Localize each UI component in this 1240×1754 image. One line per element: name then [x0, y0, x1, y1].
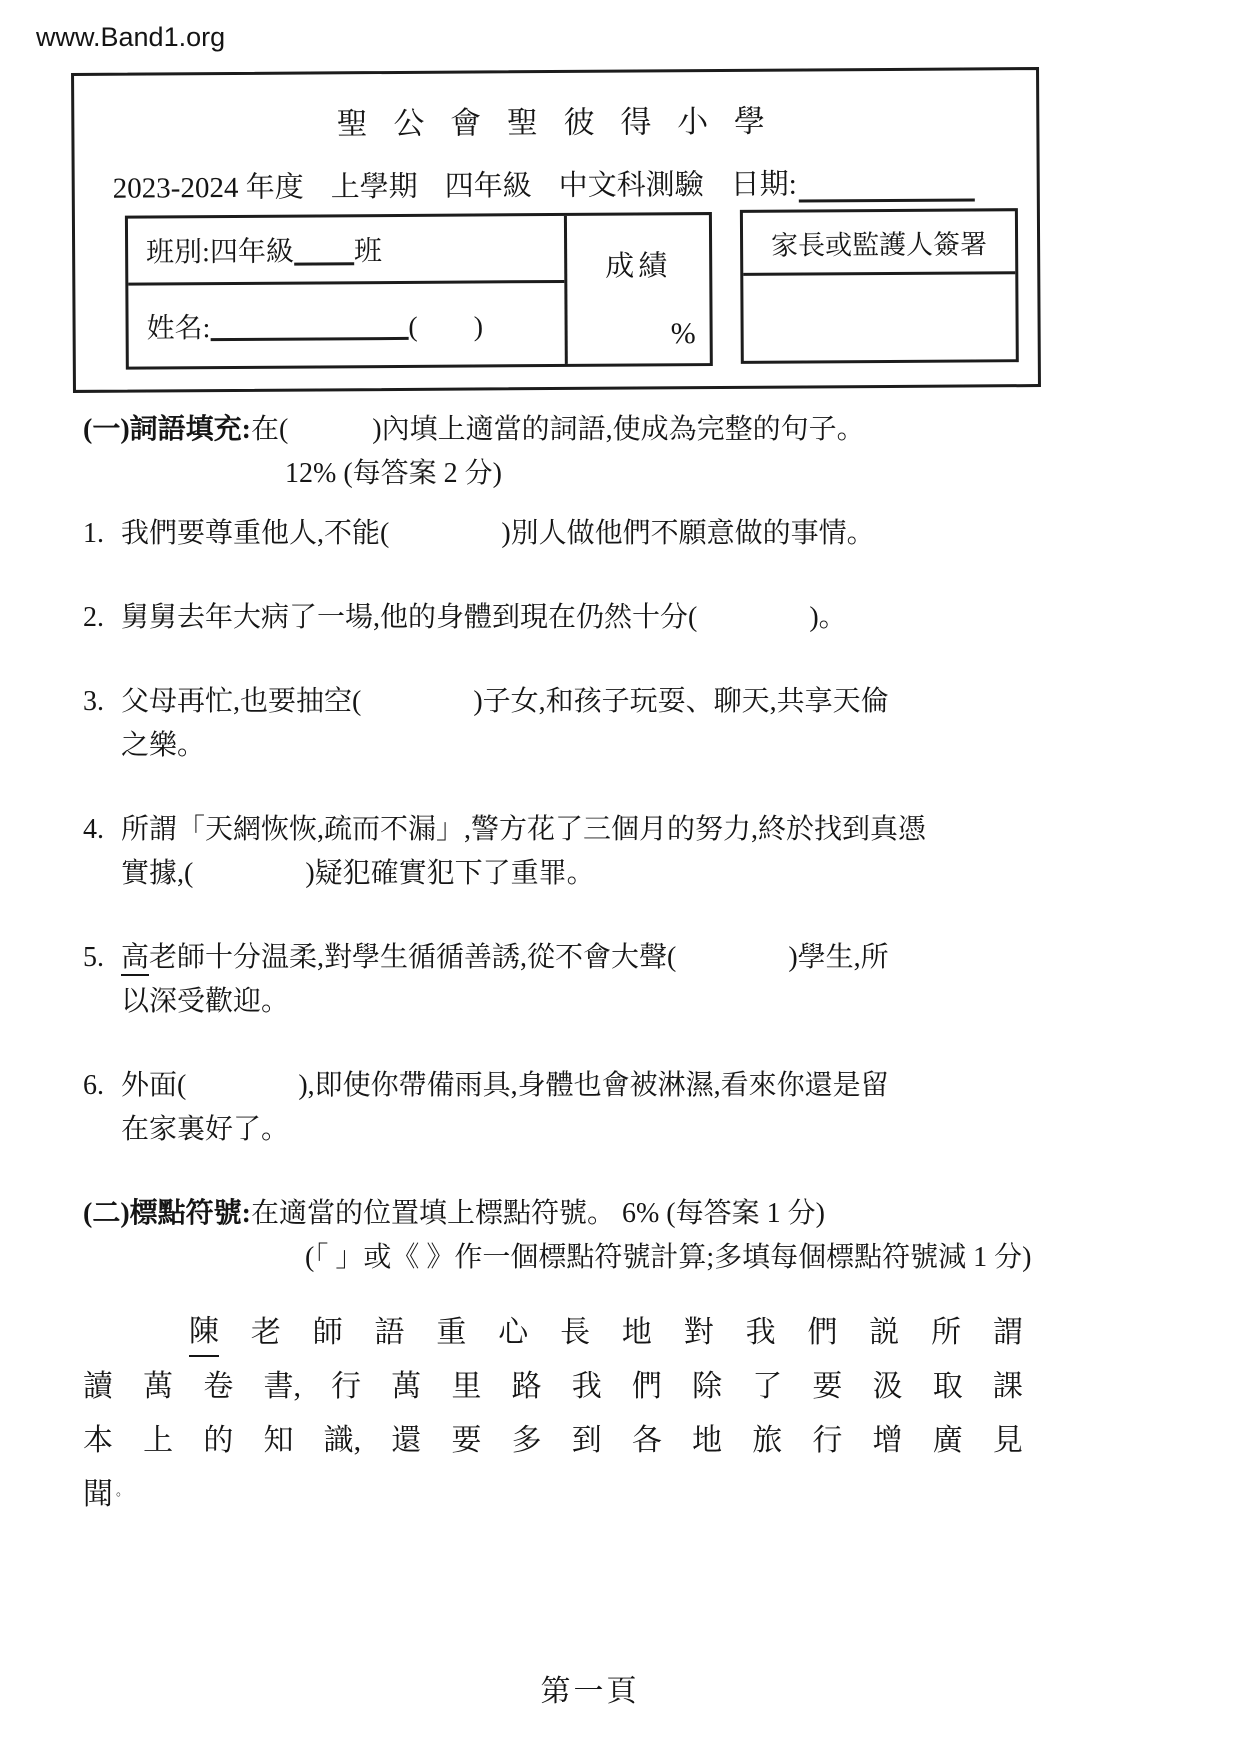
class-name-score-box: 班別:四年級 班 姓名: ( ) 成績 % — [125, 212, 713, 370]
passage-character: 知 — [263, 1419, 293, 1463]
passage-character: 行 — [331, 1365, 361, 1409]
passage-character: 重 — [436, 1311, 466, 1355]
question: 5.高老師十分温柔,對學生循循善誘,從不會大聲( )學生,所以深受歡迎。 — [83, 936, 1035, 1024]
name-row: 姓名: ( ) — [128, 283, 564, 367]
small-punctuation-mark: 。 — [116, 1469, 129, 1522]
passage-character: 心 — [498, 1311, 528, 1355]
question-line: 高老師十分温柔,對學生循循善誘,從不會大聲( )學生,所 — [121, 936, 1035, 980]
percent-sign: % — [671, 317, 696, 351]
question-number: 6. — [83, 1064, 121, 1152]
question-body: 我們要尊重他人,不能( )別人做他們不願意做的事情。 — [121, 512, 1035, 556]
passage-character: 行 — [812, 1419, 842, 1463]
passage-character: 所 — [931, 1311, 961, 1355]
passage-character: 取 — [933, 1365, 963, 1409]
question-number: 2. — [83, 596, 121, 640]
score-label: 成績 — [567, 243, 709, 285]
page-number: 第一頁 — [0, 1666, 1180, 1710]
class-blank-line — [294, 234, 354, 265]
question: 3.父母再忙,也要抽空( )子女,和孩子玩耍、聊天,共享天倫之樂。 — [83, 680, 1035, 768]
passage-character: 多 — [512, 1419, 542, 1463]
name-label: 姓名: — [146, 306, 210, 346]
class-name-column: 班別:四年級 班 姓名: ( ) — [128, 216, 568, 367]
passage-character: 老 — [251, 1311, 281, 1355]
section1-score-note: 12% (每答案 2 分) — [285, 452, 1035, 496]
passage-character: 我 — [746, 1311, 776, 1355]
passage-character: 謂 — [993, 1311, 1023, 1355]
guardian-signature-box: 家長或監護人簽署 — [740, 208, 1019, 364]
question-line: 父母再忙,也要抽空( )子女,和孩子玩耍、聊天,共享天倫 — [121, 680, 1035, 724]
question-line: 以深受歡迎。 — [121, 980, 1035, 1024]
question-body: 舅舅去年大病了一場,他的身體到現在仍然十分( )。 — [121, 596, 1035, 640]
passage-character: 課 — [993, 1365, 1023, 1409]
passage-character: 對 — [684, 1311, 714, 1355]
passage-character: 語 — [375, 1311, 405, 1355]
guardian-label: 家長或監護人簽署 — [743, 211, 1015, 276]
passage-line: 聞。 — [83, 1468, 1023, 1522]
question-line: 在家裏好了。 — [121, 1108, 1035, 1152]
question-number: 1. — [83, 512, 121, 556]
section2-note: (「 」或《 》作一個標點符號計算;多填每個標點符號減 1 分) — [305, 1236, 1035, 1280]
passage-character: 里 — [451, 1365, 481, 1409]
passage-character: 的 — [203, 1419, 233, 1463]
question-list: 1.我們要尊重他人,不能( )別人做他們不願意做的事情。2.舅舅去年大病了一場,… — [83, 512, 1035, 1152]
question-line: 我們要尊重他人,不能( )別人做他們不願意做的事情。 — [121, 512, 1035, 556]
passage-character: 師 — [313, 1311, 343, 1355]
header-box: 聖 公 會 聖 彼 得 小 學 2023-2024 年度 上學期 四年級 中文科… — [71, 67, 1041, 393]
passage-character: 要 — [451, 1419, 481, 1463]
punctuation-passage: 陳老師語重心長地對我們説所謂讀萬卷書,行萬里路我們除了要汲取課本上的知識,還要多… — [83, 1306, 1023, 1522]
question-line: 實據,( )疑犯確實犯下了重罪。 — [121, 852, 1035, 896]
exam-grade: 四年級 — [445, 163, 532, 205]
exam-content: (一)詞語填充:在( )內填上適當的詞語,使成為完整的句子。 12% (每答案 … — [83, 408, 1035, 1522]
passage-line: 本上的知識,還要多到各地旅行增廣見 — [83, 1414, 1023, 1468]
passage-character: 卷 — [203, 1365, 233, 1409]
passage-character: 長 — [560, 1311, 590, 1355]
passage-character: 陳 — [189, 1310, 219, 1357]
question-line: 舅舅去年大病了一場,他的身體到現在仍然十分( )。 — [121, 596, 1035, 640]
underlined-name: 高 — [121, 942, 149, 976]
passage-character: 説 — [869, 1311, 899, 1355]
passage-line: 陳老師語重心長地對我們説所謂 — [83, 1306, 1023, 1360]
question: 1.我們要尊重他人,不能( )別人做他們不願意做的事情。 — [83, 512, 1035, 556]
class-row: 班別:四年級 班 — [128, 216, 564, 286]
passage-character: 們 — [632, 1365, 662, 1409]
passage-character: 書, — [263, 1365, 301, 1409]
question-line: 之樂。 — [121, 724, 1035, 768]
passage-character: 汲 — [873, 1365, 903, 1409]
passage-character: 各 — [632, 1419, 662, 1463]
question: 6.外面( ),即使你帶備雨具,身體也會被淋濕,看來你還是留在家裏好了。 — [83, 1064, 1035, 1152]
passage-line: 讀萬卷書,行萬里路我們除了要汲取課 — [83, 1360, 1023, 1414]
section2-instruction: 在適當的位置填上標點符號。 6% (每答案 1 分) — [251, 1198, 825, 1229]
passage-character: 增 — [873, 1419, 903, 1463]
passage-character: 萬 — [143, 1365, 173, 1409]
question-line: 外面( ),即使你帶備雨具,身體也會被淋濕,看來你還是留 — [121, 1064, 1035, 1108]
question-body: 高老師十分温柔,對學生循循善誘,從不會大聲( )學生,所以深受歡迎。 — [121, 936, 1035, 1024]
passage-character: 地 — [622, 1311, 652, 1355]
exam-subject: 中文科測驗 — [559, 162, 704, 204]
class-label: 班別:四年級 — [146, 230, 294, 271]
passage-character: 讀 — [83, 1365, 113, 1409]
watermark-url: www.Band1.org — [36, 22, 225, 53]
passage-character: 了 — [752, 1365, 782, 1409]
passage-character: 旅 — [752, 1419, 782, 1463]
question-body: 所謂「天網恢恢,疏而不漏」,警方花了三個月的努力,終於找到真憑實據,( )疑犯確… — [121, 808, 1035, 896]
section1-heading: (一)詞語填充:在( )內填上適當的詞語,使成為完整的句子。 — [83, 408, 1035, 452]
passage-character: 到 — [572, 1419, 602, 1463]
passage-character: 們 — [807, 1311, 837, 1355]
passage-character: 除 — [692, 1365, 722, 1409]
passage-character: 見 — [993, 1419, 1023, 1463]
passage-character: 要 — [812, 1365, 842, 1409]
section1-label: (一)詞語填充: — [83, 414, 251, 445]
school-name: 聖 公 會 聖 彼 得 小 學 — [74, 94, 1036, 145]
question: 2.舅舅去年大病了一場,他的身體到現在仍然十分( )。 — [83, 596, 1035, 640]
question-line: 所謂「天網恢恢,疏而不漏」,警方花了三個月的努力,終於找到真憑 — [121, 808, 1035, 852]
exam-paper-page: www.Band1.org 聖 公 會 聖 彼 得 小 學 2023-2024 … — [0, 0, 1240, 1754]
passage-character: 地 — [692, 1419, 722, 1463]
date-label: 日期: — [731, 162, 797, 203]
exam-date-group: 日期: — [731, 160, 975, 202]
name-blank-line — [210, 309, 408, 341]
question-body: 父母再忙,也要抽空( )子女,和孩子玩耍、聊天,共享天倫之樂。 — [121, 680, 1035, 768]
name-paren: ( ) — [408, 304, 483, 344]
passage-character: 還 — [391, 1419, 421, 1463]
score-column: 成績 % — [567, 215, 710, 364]
passage-character: 廣 — [933, 1419, 963, 1463]
question-number: 3. — [83, 680, 121, 768]
question-number: 4. — [83, 808, 121, 896]
passage-character: 本 — [83, 1419, 113, 1463]
question: 4.所謂「天網恢恢,疏而不漏」,警方花了三個月的努力,終於找到真憑實據,( )疑… — [83, 808, 1035, 896]
class-suffix: 班 — [354, 229, 382, 269]
section2-heading: (二)標點符號:在適當的位置填上標點符號。 6% (每答案 1 分) — [83, 1192, 1035, 1236]
section2-label: (二)標點符號: — [83, 1198, 251, 1229]
passage-character: 我 — [572, 1365, 602, 1409]
question-body: 外面( ),即使你帶備雨具,身體也會被淋濕,看來你還是留在家裏好了。 — [121, 1064, 1035, 1152]
passage-character: 萬 — [391, 1365, 421, 1409]
exam-info-row: 2023-2024 年度 上學期 四年級 中文科測驗 日期: — [113, 160, 1025, 207]
passage-character: 上 — [143, 1419, 173, 1463]
exam-term: 上學期 — [331, 164, 418, 206]
question-number: 5. — [83, 936, 121, 1024]
section1-instruction: 在( )內填上適當的詞語,使成為完整的句子。 — [251, 414, 865, 445]
passage-character: 識, — [324, 1419, 362, 1463]
passage-character: 路 — [512, 1365, 542, 1409]
passage-character: 聞 — [83, 1473, 113, 1517]
exam-year: 2023-2024 年度 — [113, 165, 304, 207]
date-blank-line — [799, 166, 975, 202]
